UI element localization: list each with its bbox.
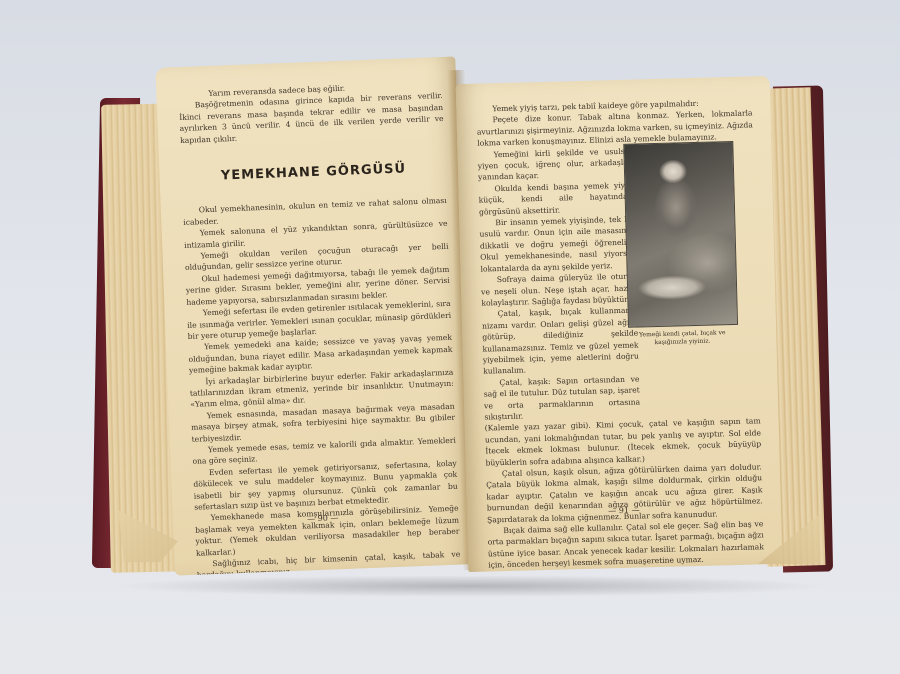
right-page: Yemek yiyiş tarzı, pek tabiî kaideye gör… xyxy=(456,76,783,572)
paragraph: Çatal, kaşık: Sapın ortasından ve sağ el… xyxy=(483,373,640,423)
paragraph: Çatal, kaşık, bıçak kullanmanın nizamı v… xyxy=(482,305,640,377)
paragraph: Bir insanın yemek yiyişinde, tek bir usu… xyxy=(479,214,636,275)
intro-line: Başöğretmenin odasına girince kapıda bir… xyxy=(179,90,445,146)
paragraph: Sofraya daima güleryüz ile oturun ve neş… xyxy=(481,271,638,309)
chapter-title: YEMEKHANE GÖRGÜSÜ xyxy=(181,162,445,184)
left-page: Yarım reveransda sadece baş eğilir. Başö… xyxy=(155,56,474,575)
figure: Yemeği kendi çatal, bıçak ve kaşığınızla… xyxy=(623,141,736,346)
book-shadow xyxy=(110,575,830,597)
paragraph: Yemeğini kirli şekilde ve usulsüz yiyen … xyxy=(477,145,634,183)
left-page-content: Yarım reveransda sadece baş eğilir. Başö… xyxy=(178,79,461,576)
paragraph: (Kalemle yazı yazar gibi). Kimi çocuk, ç… xyxy=(485,416,762,469)
child-eating-photo xyxy=(623,141,738,328)
paragraph: Okulda kendi başına yemek yiyen küçük, k… xyxy=(478,179,635,217)
paragraph: Bıçak daima sağ elle kullanılır. Çatal s… xyxy=(487,518,764,571)
narrow-column: Yemeğini kirli şekilde ve usulsüz yiyen … xyxy=(477,145,640,423)
photo-scene: Yarım reveransda sadece baş eğilir. Başö… xyxy=(0,0,900,674)
figure-caption: Yemeği kendi çatal, bıçak ve kaşığınızla… xyxy=(628,329,736,348)
